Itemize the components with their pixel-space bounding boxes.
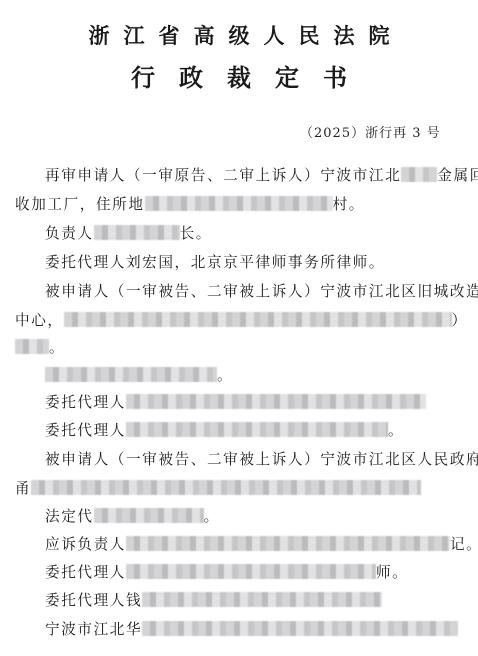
line-text: 被申请人（一审被告、二审被上诉人）宁波市江北区人民政府: [45, 451, 478, 468]
line-text: 。: [217, 367, 233, 384]
paragraph-line: 收加工厂，住所地村。: [15, 195, 460, 215]
line-text: 记。: [450, 536, 478, 553]
redaction: [126, 394, 426, 409]
line-text: 法定代: [45, 508, 94, 525]
redaction: [31, 480, 421, 495]
paragraph-line: 。: [15, 338, 460, 358]
line-text: 甬: [15, 480, 31, 497]
redaction: [94, 508, 204, 523]
paragraph-line: 委托代理人钱: [45, 591, 478, 611]
line-text: 收加工厂，住所地: [15, 196, 145, 213]
redaction: [126, 564, 376, 579]
line-text: 委托代理人: [45, 564, 126, 581]
paragraph-line: 被申请人（一审被告、二审被上诉人）宁波市江北区人民政府: [45, 450, 478, 470]
paragraph-line: 中心，）: [15, 311, 460, 331]
redaction: [64, 312, 452, 327]
paragraph-line: 再审申请人（一审原告、二审上诉人）宁波市江北金属回: [45, 166, 478, 186]
document-type-title: 行政裁定书: [0, 58, 478, 93]
line-text: 金属回: [437, 167, 478, 184]
court-name-title: 浙江省高级人民法院: [0, 20, 478, 50]
line-text: 委托代理人刘宏国，北京京平律师事务所律师。: [45, 254, 385, 271]
line-text: 。: [49, 339, 65, 356]
paragraph-line: 委托代理人: [45, 393, 478, 413]
redaction: [142, 621, 458, 636]
paragraph-line: 委托代理人师。: [45, 563, 478, 583]
case-number: （2025）浙行再 3 号: [300, 122, 441, 141]
line-text: 负责人: [45, 225, 94, 242]
line-text: 长。: [180, 225, 212, 242]
redaction: [142, 592, 382, 607]
line-text: 。: [204, 508, 220, 525]
redaction: [401, 167, 437, 182]
line-text: 委托代理人: [45, 422, 126, 439]
line-text: 应诉负责人: [45, 536, 126, 553]
paragraph-line: 宁波市江北华: [45, 620, 478, 640]
redaction: [94, 225, 180, 240]
paragraph-line: 被申请人（一审被告、二审被上诉人）宁波市江北区旧城改造: [45, 282, 478, 302]
redaction: [45, 367, 217, 382]
paragraph-line: 委托代理人刘宏国，北京京平律师事务所律师。: [45, 253, 478, 273]
paragraph-line: 委托代理人。: [45, 421, 478, 441]
redaction: [126, 536, 450, 551]
paragraph-line: 。: [45, 366, 478, 386]
redaction: [15, 339, 49, 354]
paragraph-line: 负责人长。: [45, 224, 478, 244]
line-text: 被申请人（一审被告、二审被上诉人）宁波市江北区旧城改造: [45, 283, 478, 300]
line-text: ）: [452, 312, 468, 329]
line-text: 。: [388, 422, 404, 439]
line-text: 中心，: [15, 312, 64, 329]
paragraph-line: 法定代。: [45, 507, 478, 527]
line-text: 委托代理人钱: [45, 592, 142, 609]
redaction: [145, 196, 333, 211]
paragraph-line: 应诉负责人记。: [45, 535, 478, 555]
line-text: 村。: [333, 196, 365, 213]
line-text: 委托代理人: [45, 394, 126, 411]
redaction: [126, 422, 388, 437]
line-text: 再审申请人（一审原告、二审上诉人）宁波市江北: [45, 167, 401, 184]
paragraph-line: 甬: [15, 479, 460, 499]
line-text: 师。: [376, 564, 408, 581]
line-text: 宁波市江北华: [45, 621, 142, 638]
